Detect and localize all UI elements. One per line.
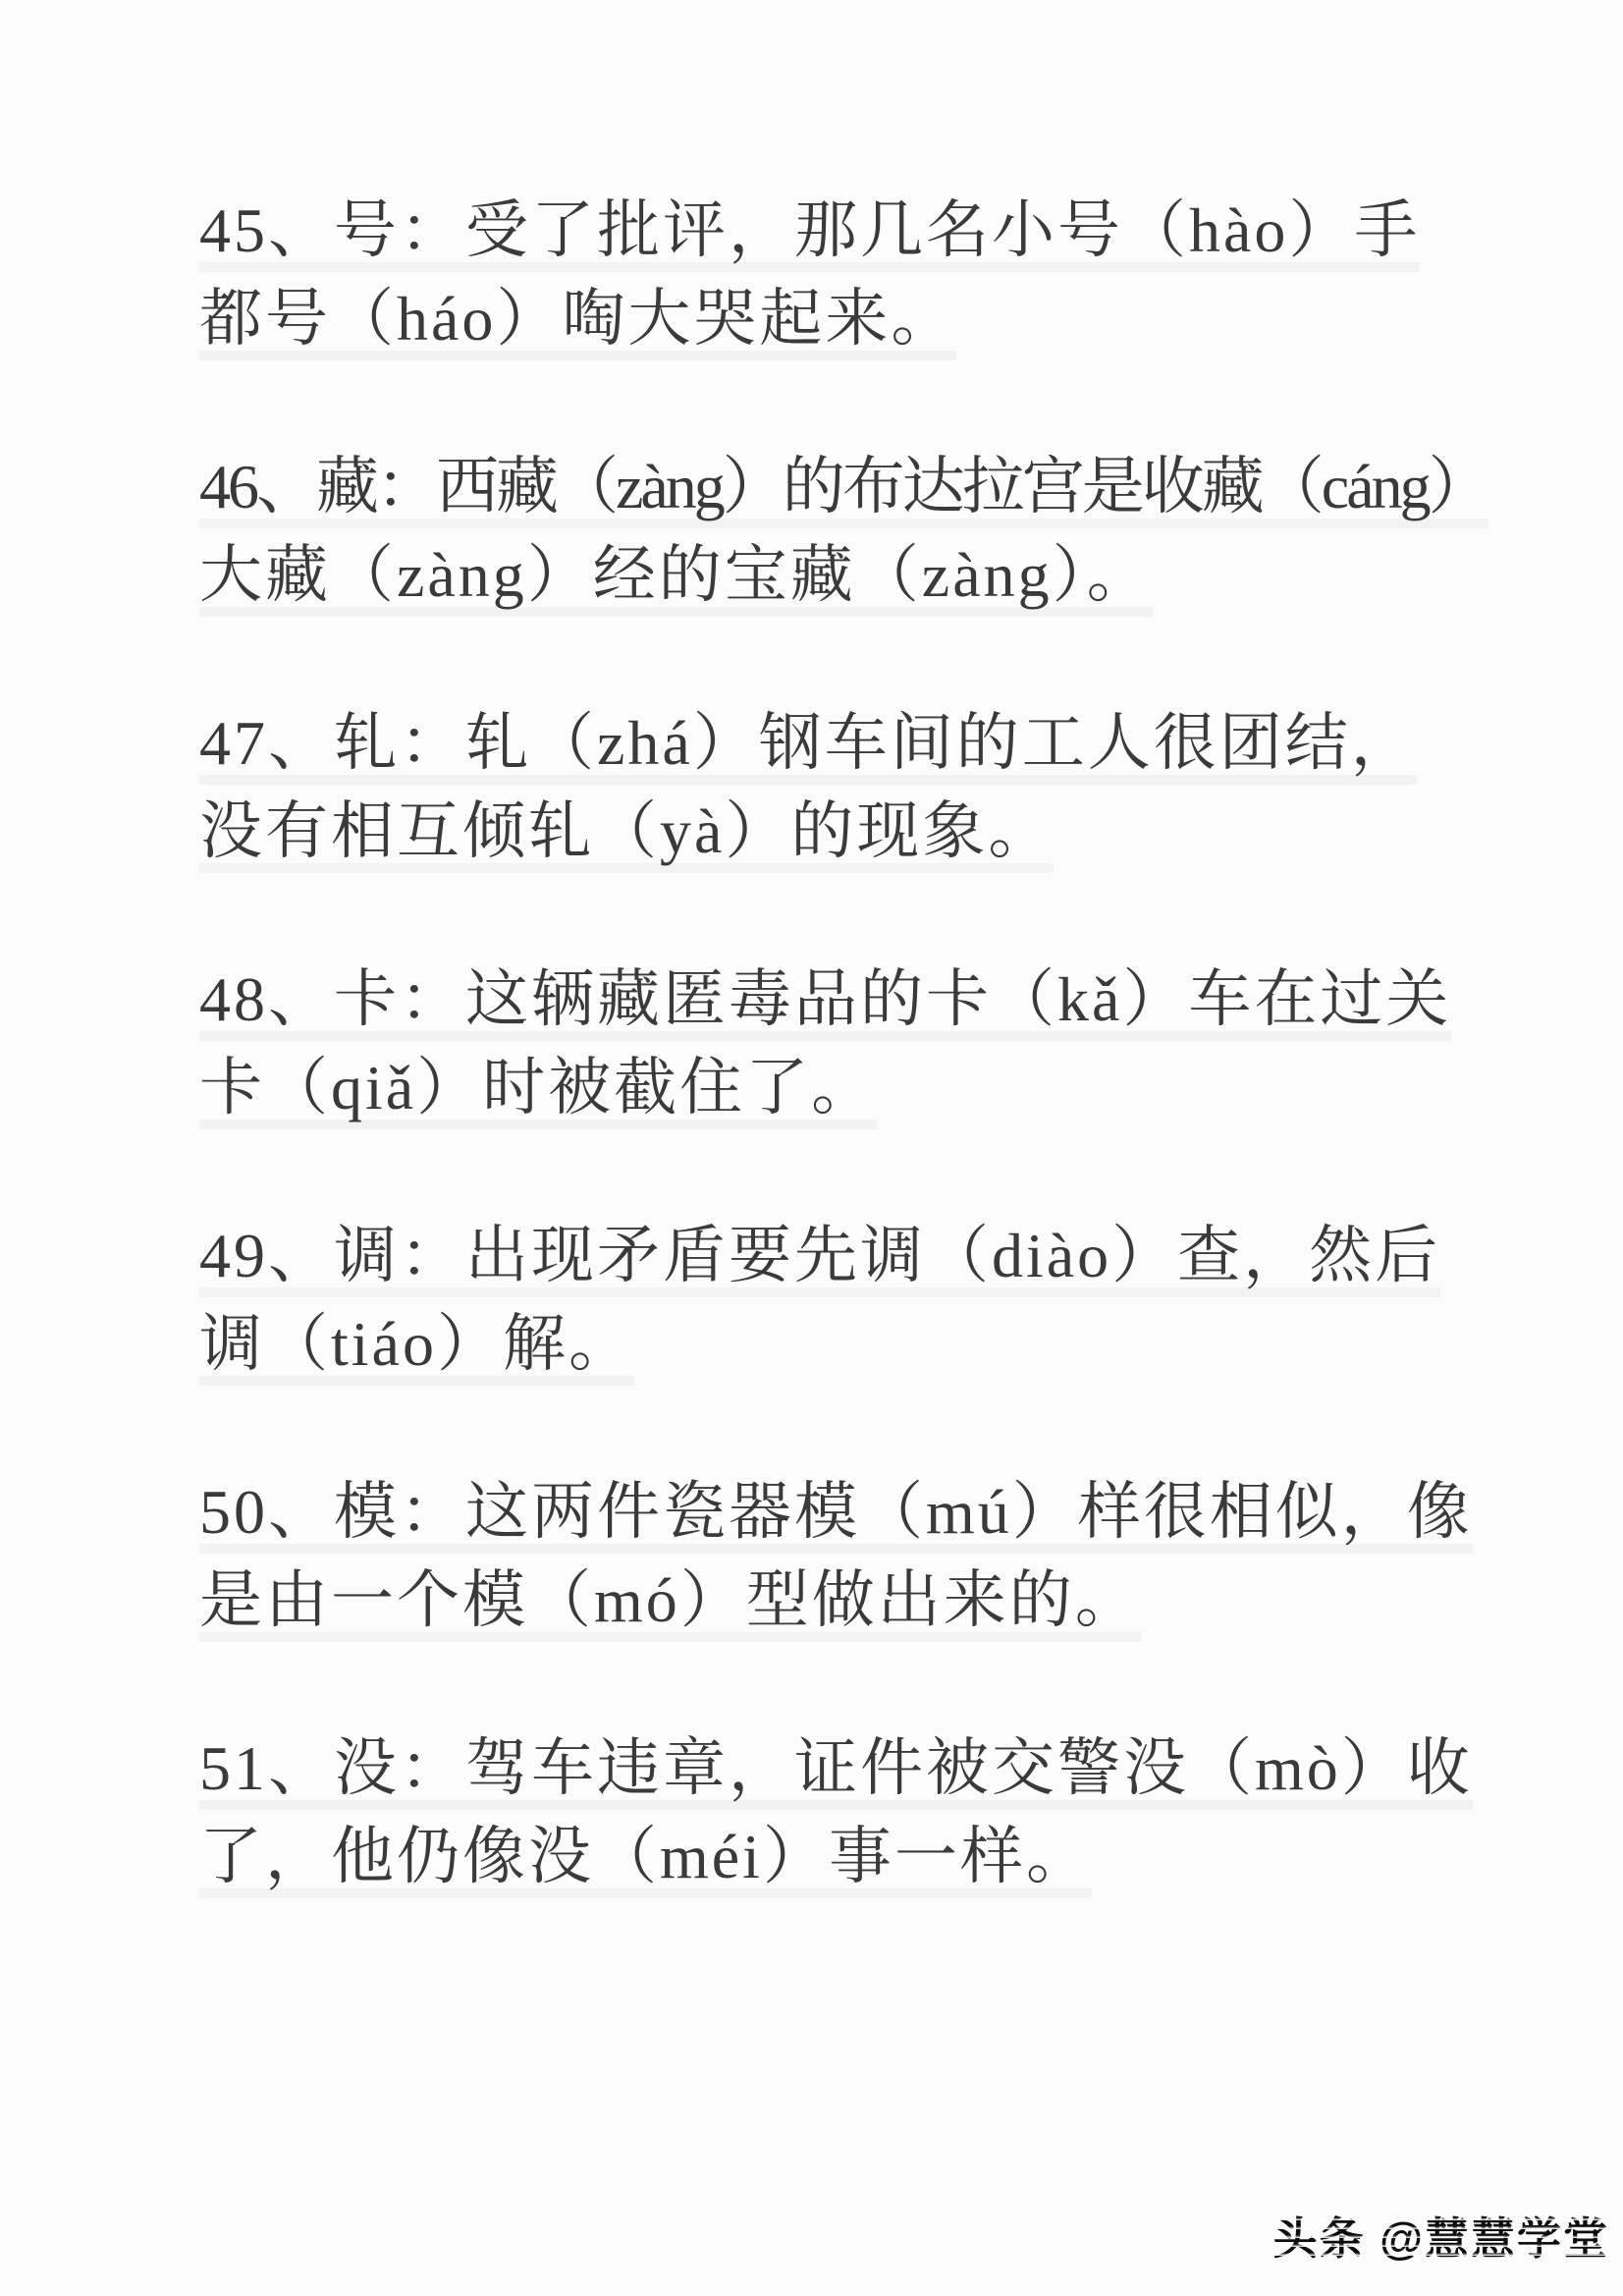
entry-49-line-1: 49、调：出现矛盾要先调（diào）查，然后 <box>199 1212 1440 1300</box>
entry-49-line-2: 调（tiáo）解。 <box>199 1300 634 1389</box>
entry-51: 51、没：驾车违章，证件被交警没（mò）收 了，他仍像没（méi）事一样。 <box>199 1724 1505 1901</box>
entry-48-line-2: 卡（qiǎ）时被截住了。 <box>199 1044 877 1132</box>
entry-47-line-2: 没有相互倾轧（yà）的现象。 <box>199 788 1054 876</box>
entry-49: 49、调：出现矛盾要先调（diào）查，然后 调（tiáo）解。 <box>199 1212 1505 1389</box>
entry-46-line-1: 46、藏：西藏（zàng）的布达拉宫是收藏（cáng） <box>199 443 1488 531</box>
toutiao-watermark: 头条 @慧慧学堂 <box>1273 2203 1609 2267</box>
entry-47-line-1: 47、轧：轧（zhá）钢车间的工人很团结， <box>199 699 1417 788</box>
entry-45: 45、号：受了批评，那几名小号（hào）手 都号（háo）啕大哭起来。 <box>199 187 1505 363</box>
entry-48-line-1: 48、卡：这辆藏匿毒品的卡（kǎ）车在过关 <box>199 956 1451 1044</box>
entry-51-line-1: 51、没：驾车违章，证件被交警没（mò）收 <box>199 1724 1473 1813</box>
entry-45-line-2: 都号（háo）啕大哭起来。 <box>199 275 956 363</box>
entry-46-line-2: 大藏（zàng）经的宝藏（zàng）。 <box>199 531 1153 620</box>
entry-46: 46、藏：西藏（zàng）的布达拉宫是收藏（cáng） 大藏（zàng）经的宝藏… <box>199 443 1505 620</box>
entry-45-line-1: 45、号：受了批评，那几名小号（hào）手 <box>199 187 1420 275</box>
entry-48: 48、卡：这辆藏匿毒品的卡（kǎ）车在过关 卡（qiǎ）时被截住了。 <box>199 956 1505 1132</box>
entry-50: 50、模：这两件瓷器模（mú）样很相似，像 是由一个模（mó）型做出来的。 <box>199 1468 1505 1645</box>
entry-47: 47、轧：轧（zhá）钢车间的工人很团结， 没有相互倾轧（yà）的现象。 <box>199 699 1505 876</box>
document-page: 45、号：受了批评，那几名小号（hào）手 都号（háo）啕大哭起来。 46、藏… <box>199 187 1505 1981</box>
entry-50-line-2: 是由一个模（mó）型做出来的。 <box>199 1557 1141 1645</box>
entry-50-line-1: 50、模：这两件瓷器模（mú）样很相似，像 <box>199 1468 1473 1557</box>
entry-51-line-2: 了，他仍像没（méi）事一样。 <box>199 1813 1092 1901</box>
